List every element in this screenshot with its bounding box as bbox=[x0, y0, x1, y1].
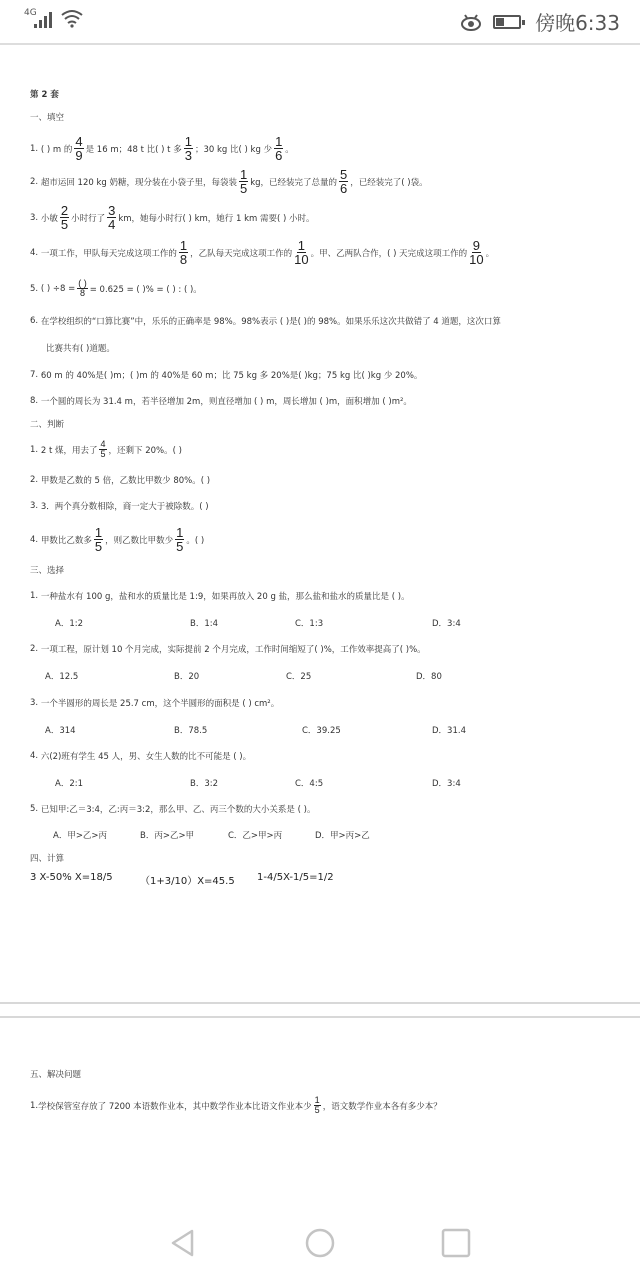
choice-option[interactable]: C．39.25 bbox=[302, 724, 341, 736]
choice-item-3: 3. 一个半圆形的周长是 25.7 cm，这个半圆形的面积是 ( ) cm²。 bbox=[30, 697, 279, 709]
set-title: 第 2 套 bbox=[30, 88, 59, 100]
equation: 1-4/5X-1/5=1/2 bbox=[257, 872, 334, 883]
choice-option[interactable]: D．3:4 bbox=[432, 617, 461, 629]
choice-option[interactable]: B．3:2 bbox=[190, 777, 218, 789]
fill-item-1: 1. ( ) m 的 49 是 16 m；48 t 比( ) t 多 13 ；3… bbox=[30, 135, 294, 162]
eye-comfort-icon bbox=[459, 12, 483, 32]
section-heading: 二、判断 bbox=[30, 418, 64, 430]
choice-option[interactable]: A．2:1 bbox=[55, 777, 83, 789]
navigation-bar bbox=[0, 1200, 640, 1280]
fraction: 18 bbox=[179, 239, 188, 266]
judge-item-3: 3. 3．两个真分数相除，商一定大于被除数。( ) bbox=[30, 500, 209, 512]
solve-item-1: 1. 学校保管室存放了 7200 本语数作业本，其中数学作业本比语文作业本少 1… bbox=[30, 1096, 442, 1115]
section-heading: 四、计算 bbox=[30, 852, 64, 864]
fill-item-2: 2. 超市运回 120 kg 奶糖，现分装在小袋子里，每袋装 15 kg，已经装… bbox=[30, 168, 428, 195]
page-divider bbox=[0, 1016, 640, 1018]
battery-icon bbox=[493, 15, 521, 29]
choice-item-2: 2. 一项工程，原计划 10 个月完成，实际提前 2 个月完成，工作时间缩短了(… bbox=[30, 643, 426, 655]
fraction: 45 bbox=[99, 440, 106, 459]
status-divider bbox=[0, 43, 640, 45]
status-left: 4G bbox=[24, 8, 84, 28]
fraction: 56 bbox=[339, 168, 348, 195]
fill-item-6: 6. 在学校组织的“口算比赛”中，乐乐的正确率是 98%。98%表示 ( )是(… bbox=[30, 315, 501, 327]
choice-item-5: 5. 已知甲:乙＝3:4，乙:丙＝3:2，那么甲、乙、丙三个数的大小关系是 ( … bbox=[30, 803, 315, 815]
fill-item-4: 4. 一项工作，甲队每天完成这项工作的 18 ，乙队每天完成这项工作的 110 … bbox=[30, 239, 494, 266]
choice-option[interactable]: D．80 bbox=[416, 670, 442, 682]
equation: （1+3/10）X=45.5 bbox=[140, 872, 235, 887]
choice-option[interactable]: A．1:2 bbox=[55, 617, 83, 629]
choice-option[interactable]: B．丙>乙>甲 bbox=[140, 829, 194, 841]
choice-option[interactable]: D．3:4 bbox=[432, 777, 461, 789]
equation: 3 X-50% X=18/5 bbox=[30, 872, 113, 883]
choice-option[interactable]: C．乙>甲>丙 bbox=[228, 829, 282, 841]
status-bar: 4G 傍晚6:33 bbox=[0, 0, 640, 44]
fraction: 910 bbox=[469, 239, 483, 266]
fraction: 13 bbox=[184, 135, 193, 162]
network-type: 4G bbox=[24, 8, 37, 18]
wifi-icon bbox=[60, 8, 84, 28]
fill-item-5: 5. ( ) ÷8 = ( )8 = 0.625 = ( )% = ( ) : … bbox=[30, 279, 202, 298]
fraction: 34 bbox=[107, 204, 116, 231]
choice-option[interactable]: C．1:3 bbox=[295, 617, 323, 629]
section-heading: 五、解决问题 bbox=[30, 1068, 81, 1080]
section-heading: 三、选择 bbox=[30, 564, 64, 576]
choice-option[interactable]: C．25 bbox=[286, 670, 311, 682]
choice-option[interactable]: A．12.5 bbox=[45, 670, 78, 682]
clock: 傍晚6:33 bbox=[535, 7, 620, 36]
home-icon[interactable] bbox=[305, 1228, 335, 1258]
choice-option[interactable]: B．1:4 bbox=[190, 617, 218, 629]
fill-item-7: 7. 60 m 的 40%是( )m；( )m 的 40%是 60 m；比 75… bbox=[30, 369, 422, 381]
fraction: 49 bbox=[74, 135, 83, 162]
fraction: 110 bbox=[294, 239, 308, 266]
fraction: 15 bbox=[239, 168, 248, 195]
status-right: 傍晚6:33 bbox=[459, 7, 620, 36]
fraction: 16 bbox=[274, 135, 283, 162]
back-icon[interactable] bbox=[168, 1228, 198, 1258]
fraction: 15 bbox=[94, 526, 103, 553]
choice-item-4: 4. 六(2)班有学生 45 人，男、女生人数的比不可能是 ( )。 bbox=[30, 750, 251, 762]
choice-option[interactable]: B．20 bbox=[174, 670, 199, 682]
judge-item-1: 1. 2 t 煤，用去了 45 ，还剩下 20%。( ) bbox=[30, 440, 182, 459]
fill-item-6-cont: 比赛共有( )道题。 bbox=[46, 342, 115, 354]
fraction: ( )8 bbox=[77, 279, 88, 298]
choice-item-1: 1. 一种盐水有 100 g，盐和水的质量比是 1:9，如果再放入 20 g 盐… bbox=[30, 590, 410, 602]
choice-option[interactable]: A．314 bbox=[45, 724, 76, 736]
recents-icon[interactable] bbox=[441, 1228, 471, 1258]
judge-item-2: 2. 甲数是乙数的 5 倍，乙数比甲数少 80%。( ) bbox=[30, 474, 210, 486]
page-divider bbox=[0, 1002, 640, 1004]
choice-option[interactable]: C．4:5 bbox=[295, 777, 323, 789]
fraction: 15 bbox=[314, 1096, 321, 1115]
choice-option[interactable]: B．78.5 bbox=[174, 724, 207, 736]
fraction: 15 bbox=[175, 526, 184, 553]
fill-item-8: 8. 一个圆的周长为 31.4 m，若半径增加 2m，则直径增加 ( ) m，周… bbox=[30, 395, 412, 407]
choice-option[interactable]: D．31.4 bbox=[432, 724, 466, 736]
fill-item-3: 3. 小敏 25 小时行了 34 km，她每小时行( ) km，她行 1 km … bbox=[30, 204, 315, 231]
fraction: 25 bbox=[60, 204, 69, 231]
judge-item-4: 4. 甲数比乙数多 15 ，则乙数比甲数少 15 。( ) bbox=[30, 526, 204, 553]
choice-option[interactable]: A．甲>乙>丙 bbox=[53, 829, 107, 841]
section-heading: 一、填空 bbox=[30, 111, 64, 123]
choice-option[interactable]: D．甲>丙>乙 bbox=[315, 829, 370, 841]
